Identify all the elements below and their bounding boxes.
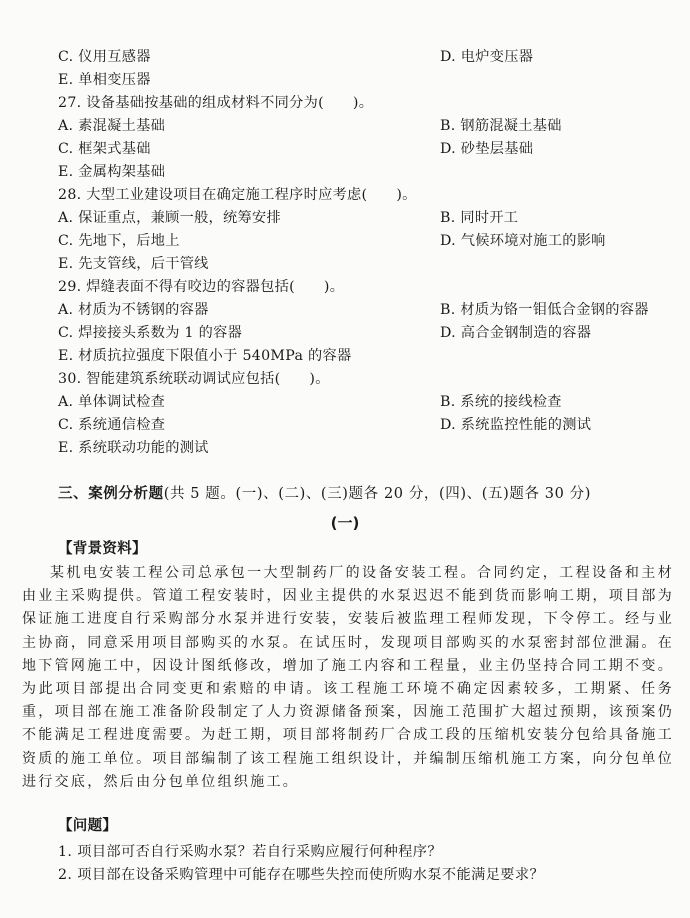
- background-text: 某机电安装工程公司总承包一大型制药厂的设备安装工程。合同约定，工程设备和主材由业…: [22, 562, 674, 794]
- option-d: D. 砂垫层基础: [440, 140, 533, 158]
- background-label: 【背景资料】: [58, 540, 147, 558]
- question-stem-30: 30. 智能建筑系统联动调试应包括( )。: [58, 370, 330, 388]
- option-d: D. 高合金钢制造的容器: [440, 324, 591, 342]
- option-row: E. 材质抗拉强度下限值小于 540MPa 的容器: [58, 347, 352, 365]
- option-b: B. 钢筋混凝土基础: [440, 117, 562, 135]
- questions-label: 【问题】: [58, 817, 117, 835]
- option-c: C. 先地下，后地上: [58, 233, 180, 249]
- question-stem-27: 27. 设备基础按基础的组成材料不同分为( )。: [58, 94, 373, 112]
- option-row: E. 系统联动功能的测试: [58, 439, 209, 457]
- option-d: D. 气候环境对施工的影响: [440, 232, 606, 250]
- option-row: C. 仪用互感器 D. 电炉变压器: [58, 48, 151, 66]
- option-e: E. 先支管线，后干管线: [58, 256, 209, 272]
- case-question-2: 2. 项目部在设备采购管理中可能存在哪些失控而使所购水泵不能满足要求？: [58, 864, 544, 884]
- option-a: A. 素混凝土基础: [58, 118, 165, 134]
- option-row: C. 先地下，后地上 D. 气候环境对施工的影响: [58, 232, 180, 250]
- option-e: E. 单相变压器: [58, 72, 151, 88]
- option-row: A. 单体调试检查 B. 系统的接线检查: [58, 393, 165, 411]
- option-b: B. 同时开工: [440, 209, 518, 227]
- question-stem-29: 29. 焊缝表面不得有咬边的容器包括( )。: [58, 278, 344, 296]
- option-c: C. 焊接接头系数为 1 的容器: [58, 325, 242, 341]
- option-row: C. 焊接接头系数为 1 的容器 D. 高合金钢制造的容器: [58, 324, 242, 342]
- option-d: D. 系统监控性能的测试: [440, 416, 591, 434]
- option-row: E. 先支管线，后干管线: [58, 255, 209, 273]
- option-a: A. 材质为不锈钢的容器: [58, 302, 209, 318]
- option-row: E. 单相变压器: [58, 71, 151, 89]
- option-e: E. 金属构架基础: [58, 164, 165, 180]
- option-a: A. 单体调试检查: [58, 394, 165, 410]
- option-row: E. 金属构架基础: [58, 163, 165, 181]
- section-title-detail: (共 5 题。(一)、(二)、(三)题各 20 分，(四)、(五)题各 30 分…: [164, 486, 591, 502]
- option-b: B. 材质为铬一钼低合金钢的容器: [440, 301, 649, 319]
- option-row: C. 框架式基础 D. 砂垫层基础: [58, 140, 151, 158]
- option-c: C. 系统通信检查: [58, 417, 165, 433]
- option-c: C. 框架式基础: [58, 141, 151, 157]
- option-e: E. 材质抗拉强度下限值小于 540MPa 的容器: [58, 348, 352, 364]
- option-d: D. 电炉变压器: [440, 48, 533, 66]
- section-title: 三、案例分析题(共 5 题。(一)、(二)、(三)题各 20 分，(四)、(五)…: [58, 485, 591, 503]
- option-row: A. 保证重点，兼顾一般，统筹安排 B. 同时开工: [58, 209, 281, 227]
- option-e: E. 系统联动功能的测试: [58, 440, 209, 456]
- option-b: B. 系统的接线检查: [440, 393, 562, 411]
- option-row: C. 系统通信检查 D. 系统监控性能的测试: [58, 416, 165, 434]
- case-question-1: 1. 项目部可否自行采购水泵？若自行采购应履行何种程序？: [58, 841, 442, 861]
- question-stem-28: 28. 大型工业建设项目在确定施工程序时应考虑( )。: [58, 186, 417, 204]
- option-c: C. 仪用互感器: [58, 49, 151, 65]
- section-title-bold: 三、案例分析题: [58, 486, 164, 502]
- option-a: A. 保证重点，兼顾一般，统筹安排: [58, 210, 281, 226]
- exam-page: C. 仪用互感器 D. 电炉变压器 E. 单相变压器 27. 设备基础按基础的组…: [0, 0, 690, 918]
- option-row: A. 材质为不锈钢的容器 B. 材质为铬一钼低合金钢的容器: [58, 301, 209, 319]
- option-row: A. 素混凝土基础 B. 钢筋混凝土基础: [58, 117, 165, 135]
- case-number: (一): [0, 512, 690, 533]
